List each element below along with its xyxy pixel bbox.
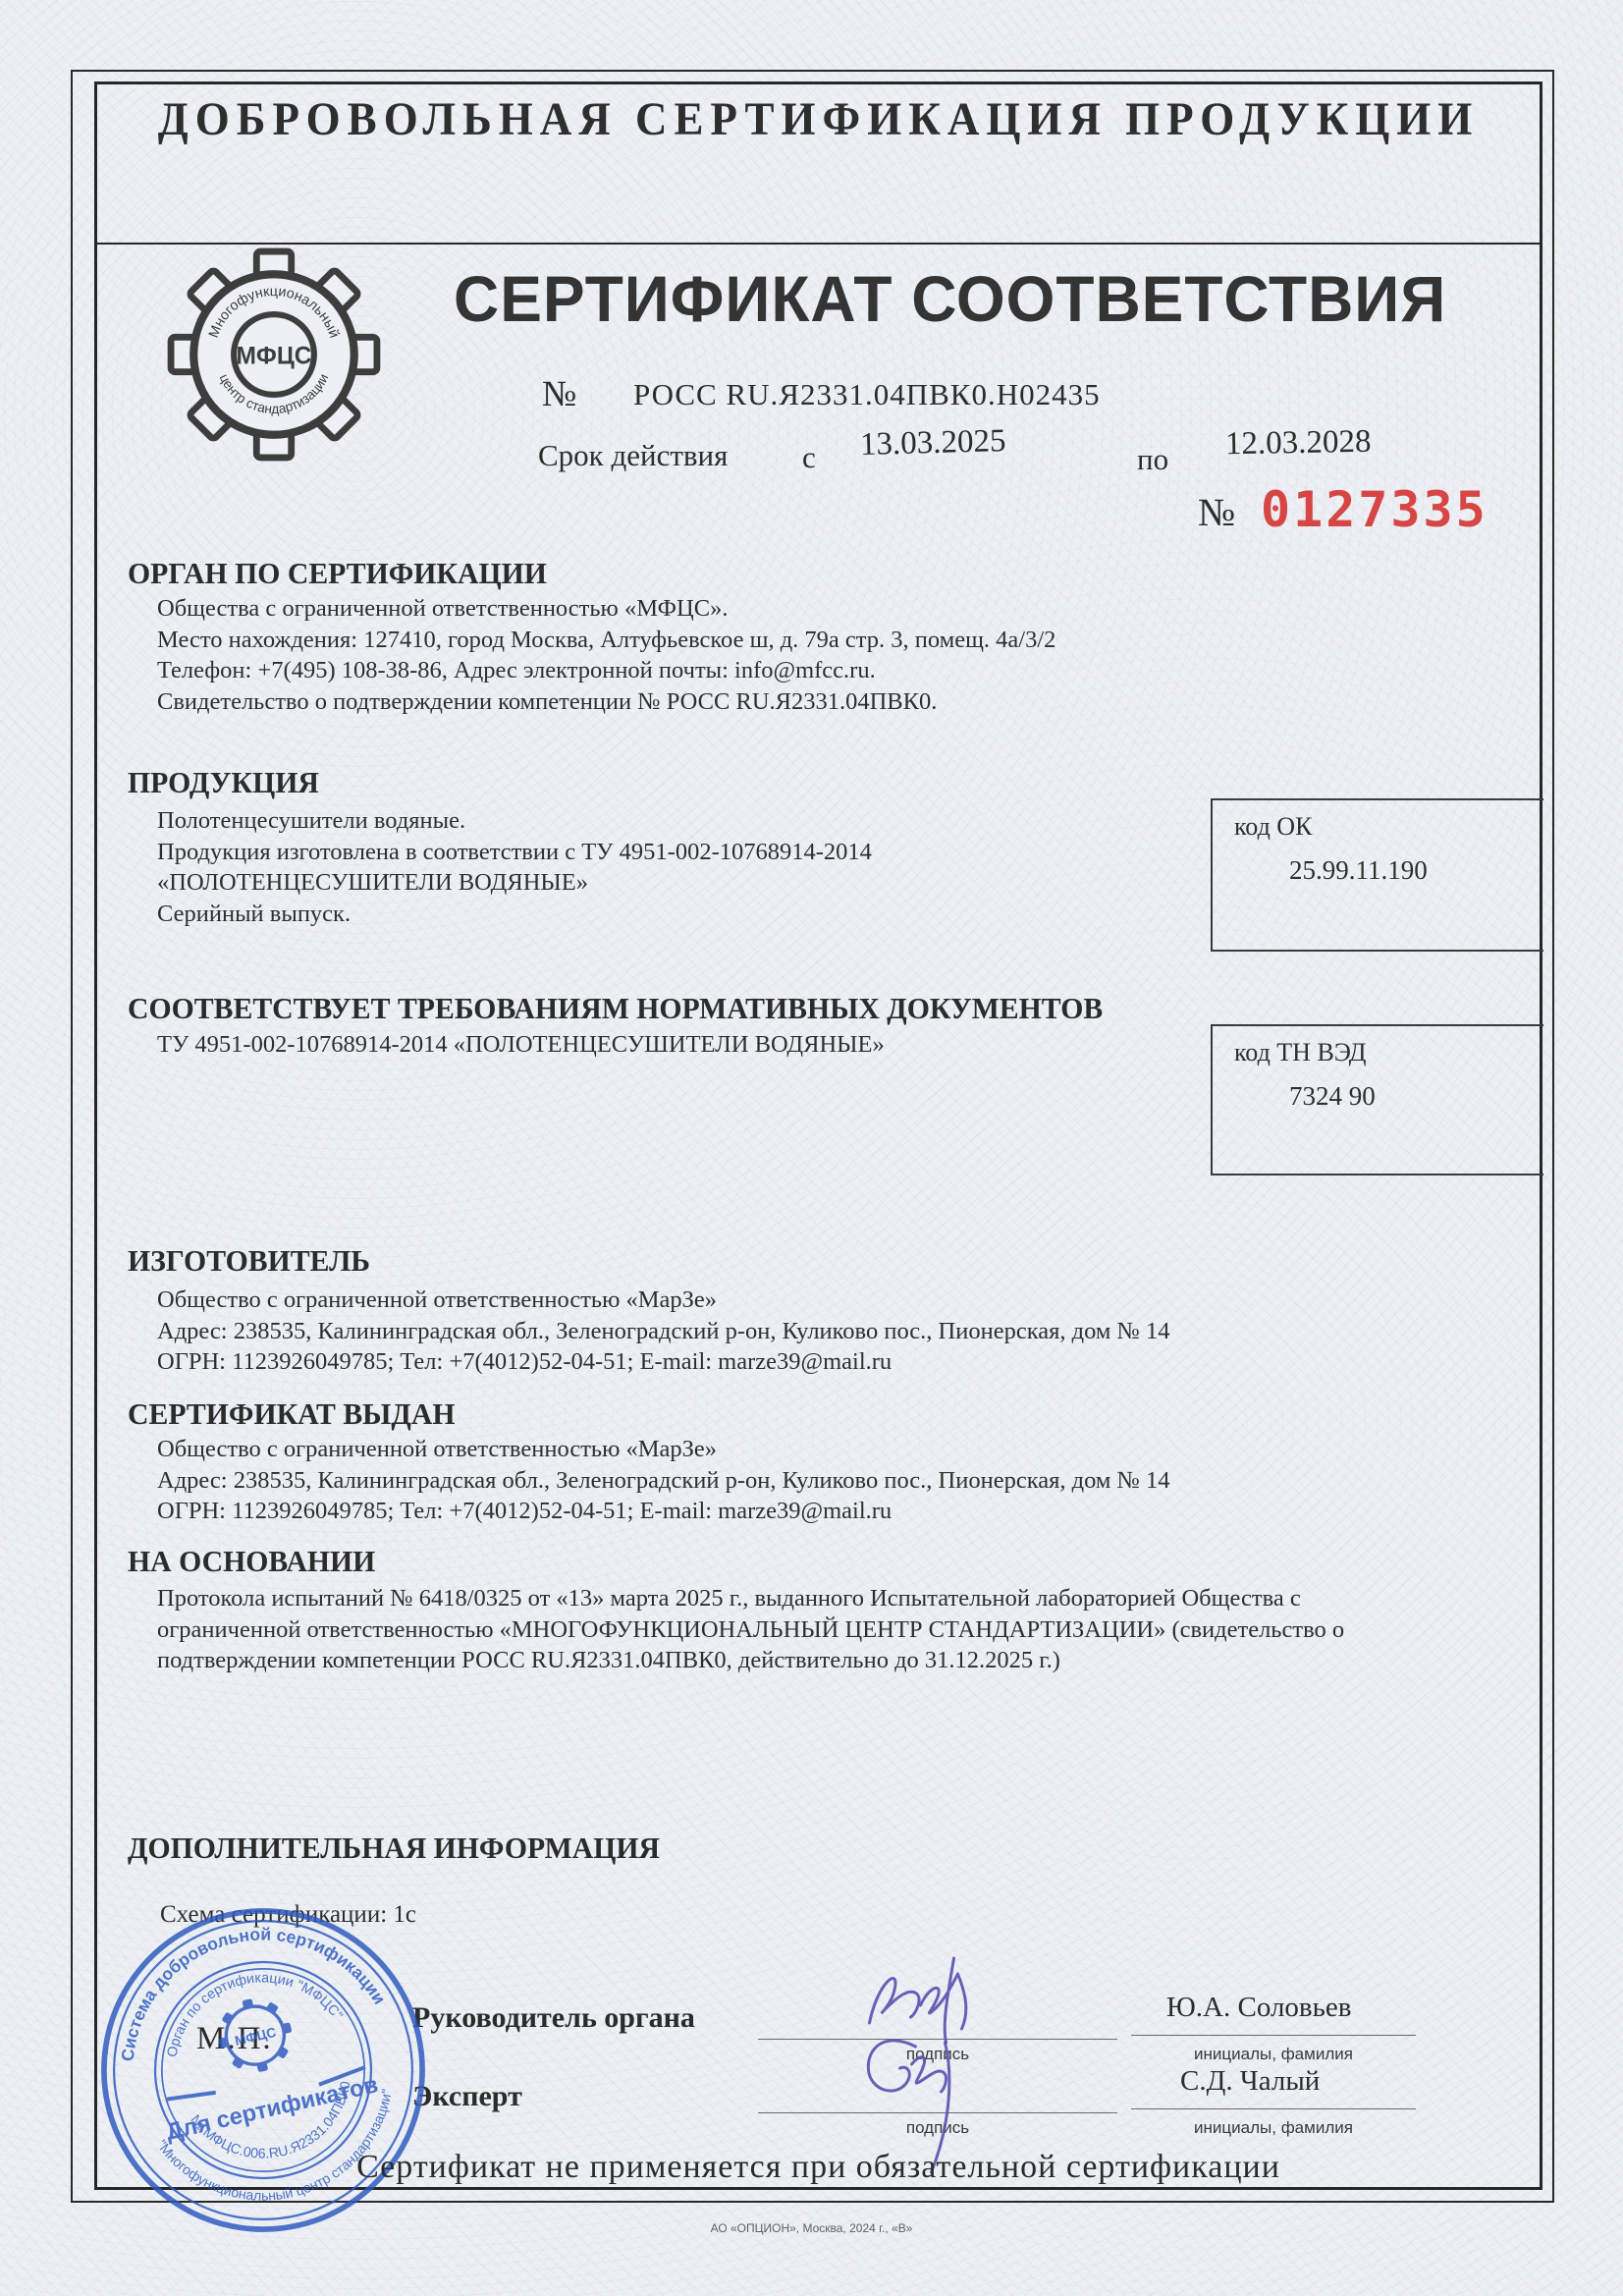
tnved-code-value: 7324 90 [1289, 1081, 1543, 1112]
blank-number-value: 0127335 [1261, 481, 1488, 538]
org-line: Общества с ограниченной ответственностью… [157, 595, 1055, 627]
section-additional-heading: ДОПОЛНИТЕЛЬНАЯ ИНФОРМАЦИЯ [128, 1831, 660, 1866]
name-caption: инициалы, фамилия [1131, 2045, 1416, 2064]
section-manufacturer: Общество с ограниченной ответственностью… [157, 1286, 1170, 1380]
org-line: Телефон: +7(495) 108-38-86, Адрес электр… [157, 657, 1055, 688]
validity-to-label: по [1137, 442, 1168, 477]
tnved-code-label: код ТН ВЭД [1234, 1038, 1543, 1067]
top-banner-title: ДОБРОВОЛЬНАЯ СЕРТИФИКАЦИЯ ПРОДУКЦИИ [95, 92, 1542, 146]
org-line: Свидетельство о подтверждении компетенци… [157, 688, 1055, 720]
section-basis-heading: НА ОСНОВАНИИ [128, 1544, 375, 1579]
name-line [1131, 2108, 1416, 2109]
manufacturer-line: Адрес: 238535, Калининградская обл., Зел… [157, 1318, 1170, 1349]
name-line [1131, 2035, 1416, 2036]
tnved-code-box: код ТН ВЭД 7324 90 [1211, 1024, 1543, 1175]
manufacturer-line: Общество с ограниченной ответственностью… [157, 1286, 1170, 1318]
ok-code-label: код ОК [1234, 812, 1543, 842]
section-certification-body: Общества с ограниченной ответственностью… [157, 595, 1055, 719]
basis-line: ограниченной ответственностью «МНОГОФУНК… [157, 1616, 1344, 1648]
issued-to-line: Адрес: 238535, Калининградская обл., Зел… [157, 1467, 1170, 1499]
section-issued-to-heading: СЕРТИФИКАТ ВЫДАН [128, 1396, 456, 1432]
product-line: Серийный выпуск. [157, 901, 872, 932]
stamp-center-abbr: МФЦС [234, 2025, 278, 2049]
certificate-title: СЕРТИФИКАТ СООТВЕТСТВИЯ [454, 261, 1446, 336]
banner-divider [97, 243, 1541, 245]
manufacturer-line: ОГРН: 1123926049785; Тел: +7(4012)52-04-… [157, 1348, 1170, 1380]
certificate-number-value: РОСС RU.Я2331.04ПВК0.Н02435 [633, 377, 1101, 412]
section-compliance: ТУ 4951-002-10768914-2014 «ПОЛОТЕНЦЕСУШИ… [157, 1031, 885, 1063]
basis-line: Протокола испытаний № 6418/0325 от «13» … [157, 1585, 1344, 1616]
section-issued-to: Общество с ограниченной ответственностью… [157, 1436, 1170, 1529]
validity-from-label: с [802, 440, 816, 475]
validity-label: Срок действия [538, 438, 728, 473]
mfcs-gear-logo-icon: Многофункциональный центр стандартизации… [165, 247, 383, 462]
issued-to-line: Общество с ограниченной ответственностью… [157, 1436, 1170, 1467]
section-product-heading: ПРОДУКЦИЯ [128, 765, 319, 800]
mandatory-certification-note: Сертификат не применяется при обязательн… [95, 2149, 1542, 2186]
section-certification-body-heading: ОРГАН ПО СЕРТИФИКАЦИИ [128, 556, 547, 591]
ok-code-box: код ОК 25.99.11.190 [1211, 798, 1543, 952]
validity-to-date: 12.03.2028 [1225, 424, 1372, 464]
ok-code-value: 25.99.11.190 [1289, 855, 1543, 886]
stamp-center-text: Для сертификатов [163, 2071, 380, 2146]
product-line: «ПОЛОТЕНЦЕСУШИТЕЛИ ВОДЯНЫЕ» [157, 869, 872, 901]
validity-from-date: 13.03.2025 [860, 423, 1006, 464]
product-line: Полотенцесушители водяные. [157, 807, 872, 839]
section-basis: Протокола испытаний № 6418/0325 от «13» … [157, 1585, 1344, 1678]
name-caption: инициалы, фамилия [1131, 2118, 1416, 2138]
blank-number-label: № [1198, 489, 1235, 535]
product-line: Продукция изготовлена в соответствии с Т… [157, 839, 872, 870]
compliance-line: ТУ 4951-002-10768914-2014 «ПОЛОТЕНЦЕСУШИ… [157, 1031, 885, 1063]
signature-role-head: Руководитель органа [412, 2001, 695, 2035]
section-compliance-heading: СООТВЕТСТВУЕТ ТРЕБОВАНИЯМ НОРМАТИВНЫХ ДО… [128, 991, 1103, 1026]
certificate-page: ДОБРОВОЛЬНАЯ СЕРТИФИКАЦИЯ ПРОДУКЦИИ Мног… [0, 0, 1623, 2296]
section-product: Полотенцесушители водяные. Продукция изг… [157, 807, 872, 931]
print-house-footer: АО «ОПЦИОН», Москва, 2024 г., «В» [0, 2221, 1623, 2235]
basis-line: подтверждении компетенции РОСС RU.Я2331.… [157, 1647, 1344, 1678]
signer-name: С.Д. Чалый [1180, 2065, 1320, 2098]
signer-name: Ю.А. Соловьев [1166, 1992, 1351, 2024]
certificate-number-label: № [542, 373, 576, 415]
org-line: Место нахождения: 127410, город Москва, … [157, 627, 1055, 658]
issued-to-line: ОГРН: 1123926049785; Тел: +7(4012)52-04-… [157, 1498, 1170, 1529]
section-manufacturer-heading: ИЗГОТОВИТЕЛЬ [128, 1243, 370, 1279]
logo-abbr: МФЦС [237, 344, 312, 370]
